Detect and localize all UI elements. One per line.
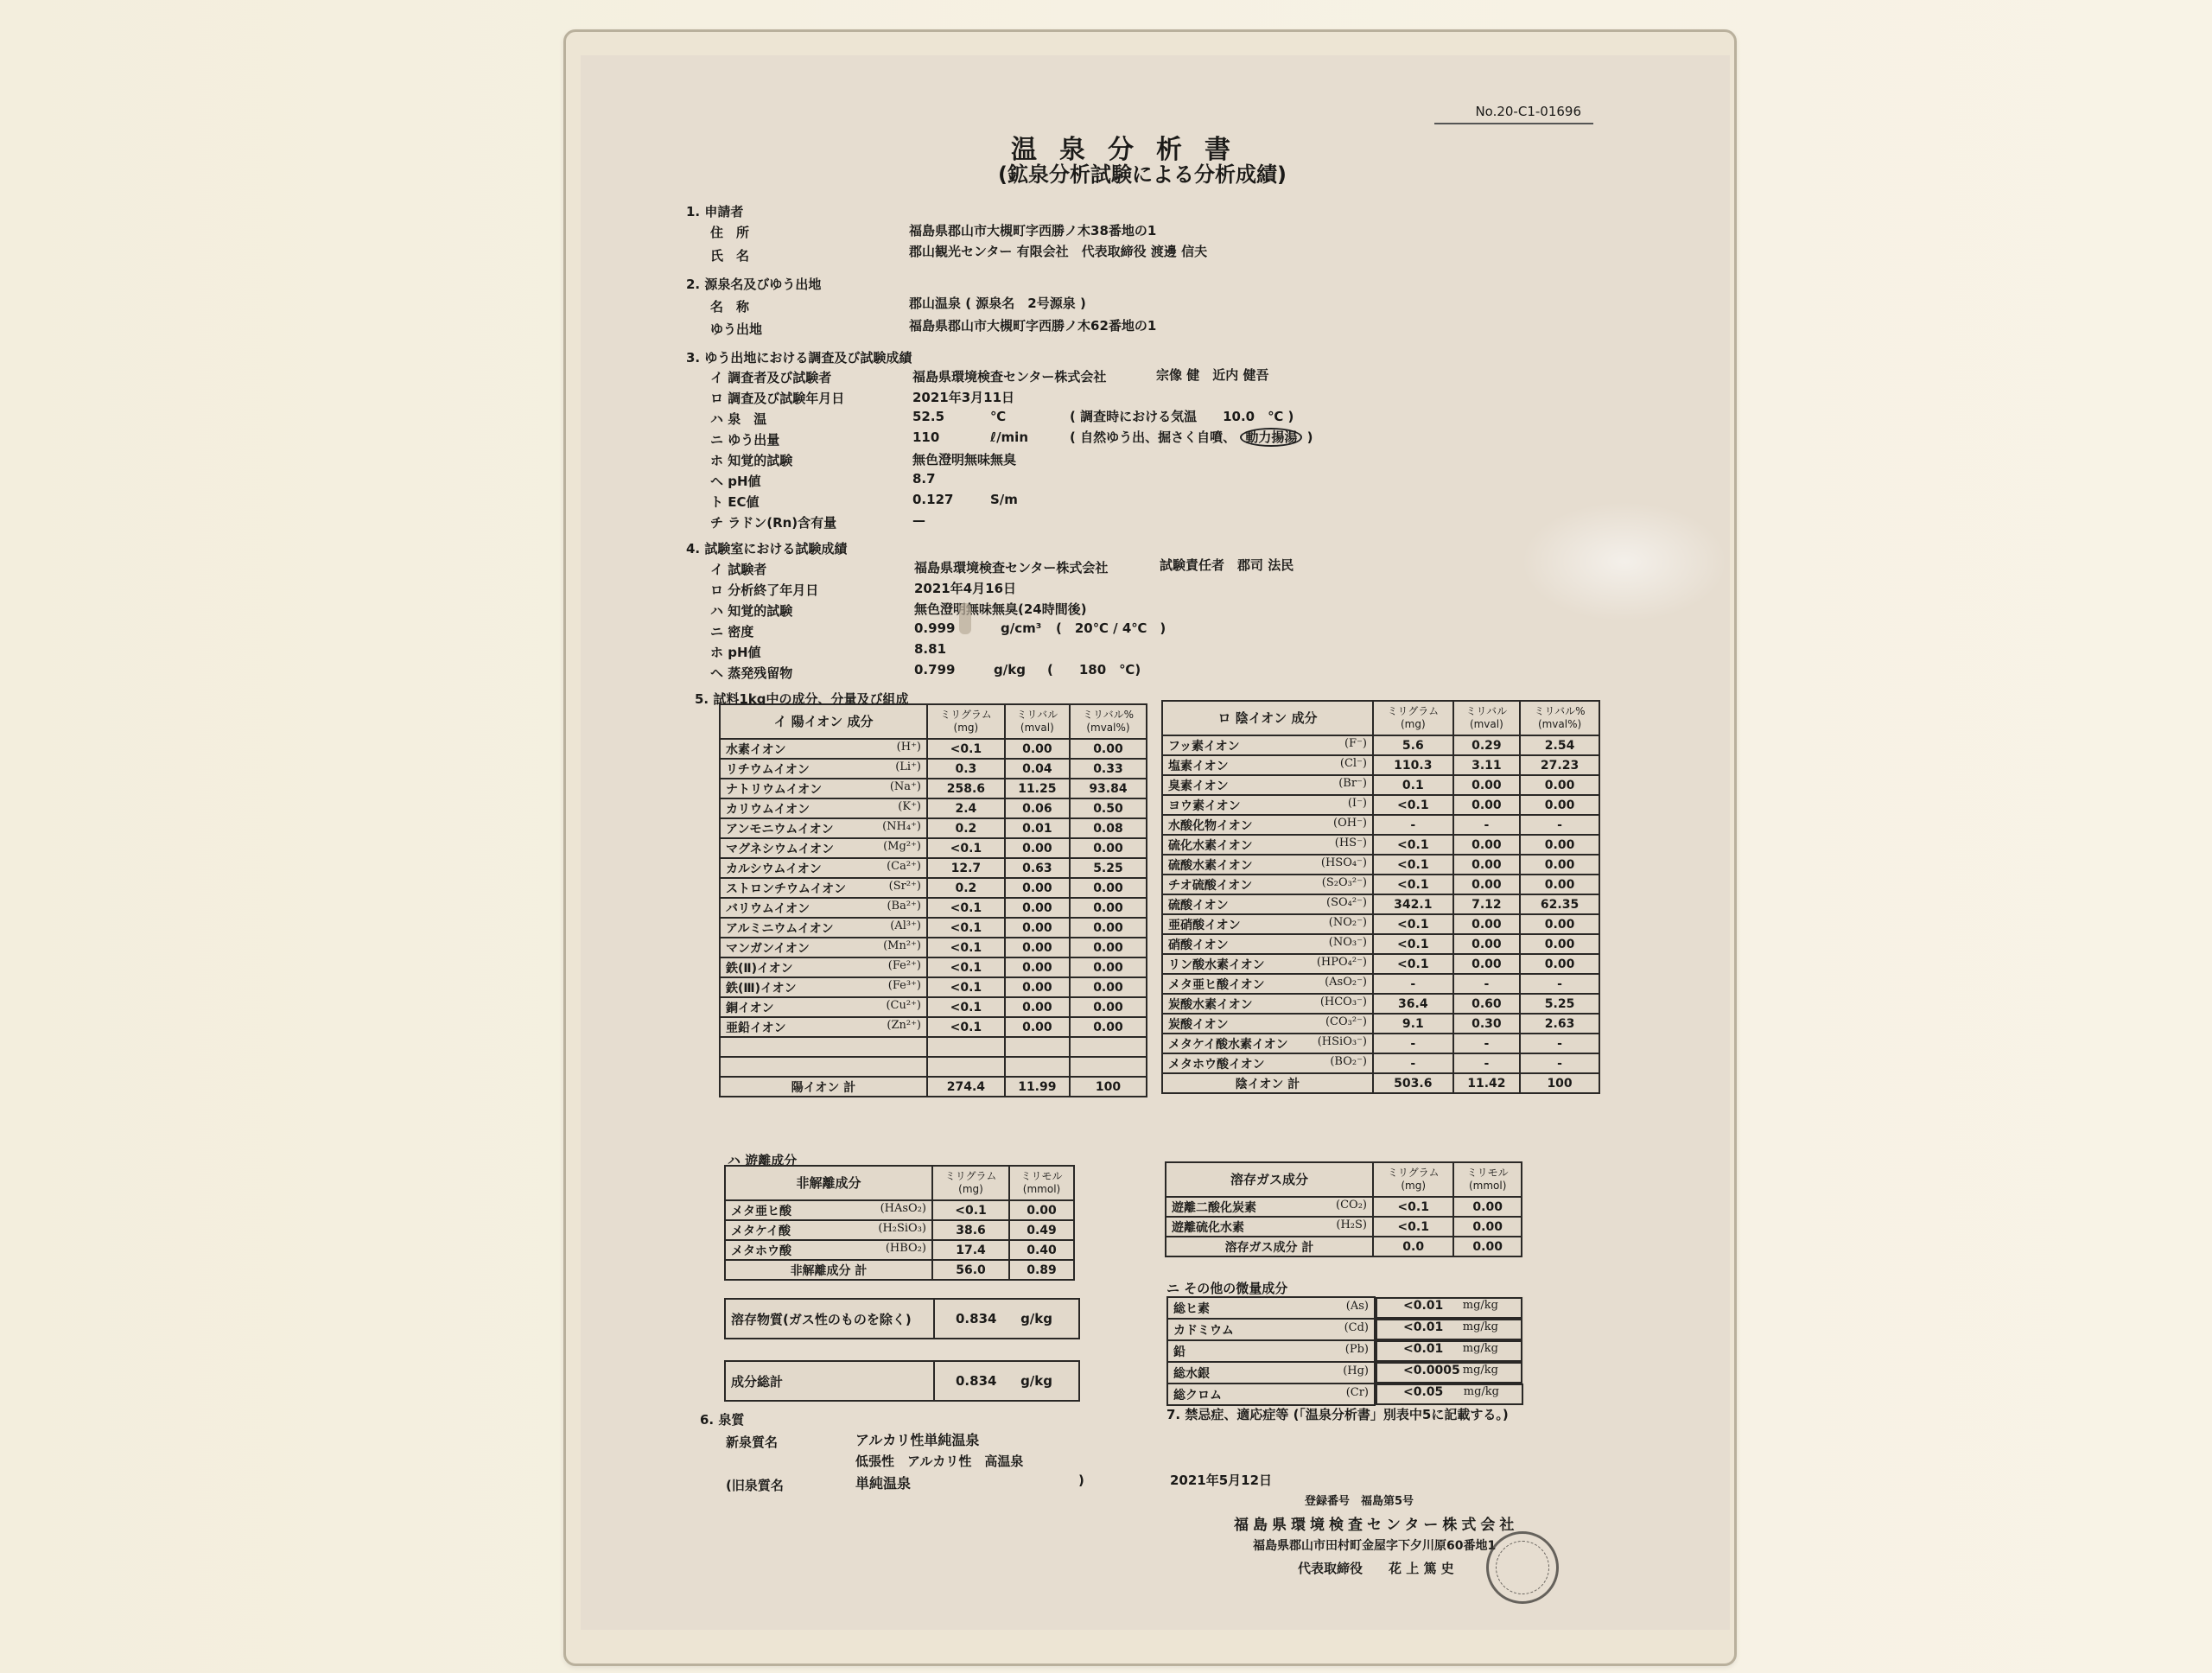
table-row: 亜鉛イオン(Zn²⁺)<0.10.000.00 xyxy=(720,1017,1147,1037)
total-row: 陽イオン 計274.411.99100 xyxy=(720,1077,1147,1097)
new-quality-label: 新泉質名 xyxy=(726,1433,778,1451)
field-item-label: チ ラドン(Rn)含有量 xyxy=(710,513,836,531)
mg-value: 36.4 xyxy=(1373,994,1453,1014)
component-name: ストロンチウムイオン xyxy=(726,880,846,897)
mg-value: 258.6 xyxy=(927,779,1005,798)
chemical-formula: (CO₃²⁻) xyxy=(1325,1015,1367,1033)
table-row: 臭素イオン(Br⁻)0.10.000.00 xyxy=(1162,775,1599,795)
component-name: 遊離硫化水素 xyxy=(1172,1218,1244,1236)
mval-value: 11.25 xyxy=(1005,779,1070,798)
mval-value: 0.00 xyxy=(1005,918,1070,938)
chemical-formula: (AsO₂⁻) xyxy=(1325,976,1367,993)
table-row: メタケイ酸(H₂SiO₃)38.60.49 xyxy=(725,1220,1074,1240)
mg-value: 0.2 xyxy=(927,818,1005,838)
mval-value: 0.00 xyxy=(1453,914,1521,934)
chemical-formula: (Cd) xyxy=(1344,1321,1369,1339)
mg-value: <0.1 xyxy=(1373,934,1453,954)
trace-unit: mg/kg xyxy=(1463,1299,1498,1317)
component-name: 銅イオン xyxy=(726,999,774,1016)
table-row: アルミニウムイオン(Al³⁺)<0.10.000.00 xyxy=(720,918,1147,938)
total-mg: 0.0 xyxy=(1373,1237,1453,1256)
component-name: メタ亜ヒ酸イオン xyxy=(1168,976,1265,993)
mg-value: - xyxy=(1373,815,1453,835)
mg-value: 0.2 xyxy=(927,878,1005,898)
chemical-formula: (S₂O₃²⁻) xyxy=(1322,876,1367,894)
component-name-wrap: 硫酸イオン(SO₄²⁻) xyxy=(1168,896,1367,913)
total-row: 陰イオン 計503.611.42100 xyxy=(1162,1073,1599,1093)
source-location-label: ゆう出地 xyxy=(710,320,762,338)
mg-value: <0.1 xyxy=(927,918,1005,938)
mval-value: 0.01 xyxy=(1005,818,1070,838)
table-row xyxy=(720,1037,1147,1057)
section-applicant-heading: 1. 申請者 xyxy=(686,202,743,220)
component-name-cell: メタケイ酸水素イオン(HSiO₃⁻) xyxy=(1162,1034,1373,1053)
table-row: メタ亜ヒ酸イオン(AsO₂⁻)--- xyxy=(1162,974,1599,994)
document-subtitle: (鉱泉分析試験による分析成績) xyxy=(998,157,1287,188)
trace-value-cell: <0.01mg/kg xyxy=(1376,1319,1522,1340)
component-name: リチウムイオン xyxy=(726,760,810,778)
component-name-cell: 総水銀(Hg) xyxy=(1167,1362,1375,1384)
total-row: 非解離成分 計56.00.89 xyxy=(725,1260,1074,1280)
total-mg: 56.0 xyxy=(932,1260,1009,1280)
component-name: 亜硝酸イオン xyxy=(1168,916,1241,933)
table-row: 亜硝酸イオン(NO₂⁻)<0.10.000.00 xyxy=(1162,914,1599,934)
mval-percent-value: 93.84 xyxy=(1070,779,1147,798)
component-name-cell: リチウムイオン(Li⁺) xyxy=(720,759,927,779)
component-name-cell: ナトリウムイオン(Na⁺) xyxy=(720,779,927,798)
section-lab-heading: 4. 試験室における試験成績 xyxy=(686,539,847,557)
old-quality-name: 単純温泉 xyxy=(855,1473,911,1492)
component-name-cell: チオ硫酸イオン(S₂O₃²⁻) xyxy=(1162,875,1373,894)
component-name: メタ亜ヒ酸 xyxy=(731,1202,791,1219)
component-name-wrap: メタホウ酸(HBO₂) xyxy=(731,1242,926,1259)
total-mval: 11.42 xyxy=(1453,1073,1521,1093)
table-row: 銅イオン(Cu²⁺)<0.10.000.00 xyxy=(720,997,1147,1017)
table-row: アンモニウムイオン(NH₄⁺)0.20.010.08 xyxy=(720,818,1147,838)
cation-table: イ 陽イオン 成分 ミリグラム (mg) ミリバル (mval) ミリバル% (… xyxy=(719,703,1147,1097)
trace-value: <0.01 xyxy=(1403,1342,1443,1360)
component-name-wrap: メタケイ酸水素イオン(HSiO₃⁻) xyxy=(1168,1035,1367,1053)
component-name: メタホウ酸イオン xyxy=(1168,1055,1265,1072)
mval-value: 0.00 xyxy=(1005,977,1070,997)
mval-value: 0.00 xyxy=(1005,957,1070,977)
component-name-wrap: 鉄(Ⅱ)イオン(Fe²⁺) xyxy=(726,959,921,976)
table-row: マグネシウムイオン(Mg²⁺)<0.10.000.00 xyxy=(720,838,1147,858)
component-name: 鉛 xyxy=(1173,1343,1185,1360)
field-item-extra: ( 自然ゆう出、掘さく自噴、 動力揚湯 ) xyxy=(1070,428,1313,446)
mval-percent-value: 0.50 xyxy=(1070,798,1147,818)
mval-percent-value: 0.00 xyxy=(1070,957,1147,977)
component-name-wrap: リチウムイオン(Li⁺) xyxy=(726,760,921,778)
mval-value: 0.00 xyxy=(1453,875,1521,894)
field-item-label: ロ 調査及び試験年月日 xyxy=(710,389,844,407)
component-name-cell: メタホウ酸(HBO₂) xyxy=(725,1240,932,1260)
component-name: 臭素イオン xyxy=(1168,777,1229,794)
component-name-wrap: 塩素イオン(Cl⁻) xyxy=(1168,757,1367,774)
chemical-formula: (HPO₄²⁻) xyxy=(1317,956,1367,973)
component-name: マグネシウムイオン xyxy=(726,840,834,857)
lab-item-extra: 試験責任者 郡司 法民 xyxy=(1160,556,1294,574)
company-seal-stamp xyxy=(1486,1531,1559,1604)
component-name-cell: メタケイ酸(H₂SiO₃) xyxy=(725,1220,932,1240)
chemical-formula: (HAsO₂) xyxy=(880,1202,926,1219)
chemical-formula: (Mg²⁺) xyxy=(883,840,921,857)
trace-value: <0.05 xyxy=(1403,1385,1443,1403)
field-item-value: 2021年3月11日 xyxy=(912,388,1014,406)
component-name-cell: 硫化水素イオン(HS⁻) xyxy=(1162,835,1373,855)
component-name-cell xyxy=(720,1057,927,1077)
component-name-wrap: カルシウムイオン(Ca²⁺) xyxy=(726,860,921,877)
component-name-cell: 遊離硫化水素(H₂S) xyxy=(1166,1217,1373,1237)
mg-value: 5.6 xyxy=(1373,735,1453,755)
mg-value: 9.1 xyxy=(1373,1014,1453,1034)
mmol-value: 0.00 xyxy=(1009,1200,1074,1220)
chemical-formula: (Pb) xyxy=(1345,1343,1369,1360)
chemical-formula: (K⁺) xyxy=(898,800,921,817)
component-name: アルミニウムイオン xyxy=(726,919,834,937)
mval-percent-value: - xyxy=(1520,974,1599,994)
mval-value: 0.04 xyxy=(1005,759,1070,779)
chemical-formula: (Hg) xyxy=(1343,1364,1369,1382)
field-item-label: ニ ゆう出量 xyxy=(710,430,779,448)
cation-header-pct: ミリバル% (mval%) xyxy=(1070,704,1147,739)
field-item-unit: S/m xyxy=(990,492,1018,507)
discharge-selected-circled: 動力揚湯 xyxy=(1240,428,1302,447)
spring-quality-heading: 6. 泉質 xyxy=(700,1410,744,1428)
lab-item-unit: g/kg xyxy=(994,662,1026,677)
mval-percent-value: 5.25 xyxy=(1070,858,1147,878)
chemical-formula: (Ba²⁺) xyxy=(887,900,921,917)
lab-item-label: ハ 知覚的試験 xyxy=(710,601,792,620)
component-name: カリウムイオン xyxy=(726,800,810,817)
mval-percent-value xyxy=(1070,1037,1147,1057)
table-row: リチウムイオン(Li⁺)0.30.040.33 xyxy=(720,759,1147,779)
chemical-formula: (Cl⁻) xyxy=(1340,757,1367,774)
component-name-wrap: 銅イオン(Cu²⁺) xyxy=(726,999,921,1016)
mval-value: 0.60 xyxy=(1453,994,1521,1014)
field-item-unit: ℃ xyxy=(990,409,1006,424)
component-name-cell: 鉛(Pb) xyxy=(1167,1340,1375,1362)
chemical-formula: (Zn²⁺) xyxy=(887,1019,921,1036)
mg-value: 12.7 xyxy=(927,858,1005,878)
component-name-wrap: メタ亜ヒ酸(HAsO₂) xyxy=(731,1202,926,1219)
component-name-cell: 炭酸イオン(CO₃²⁻) xyxy=(1162,1014,1373,1034)
component-name-wrap: リン酸水素イオン(HPO₄²⁻) xyxy=(1168,956,1367,973)
table-row: カドミウム(Cd)<0.01mg/kg xyxy=(1167,1319,1523,1340)
mg-value: <0.1 xyxy=(927,739,1005,759)
component-name: アンモニウムイオン xyxy=(726,820,834,837)
component-name: 炭酸水素イオン xyxy=(1168,996,1253,1013)
trace-heading: ニ その他の微量成分 xyxy=(1166,1279,1287,1297)
mval-value xyxy=(1005,1057,1070,1077)
chemical-formula: (NH₄⁺) xyxy=(882,820,921,837)
total-mg: 274.4 xyxy=(927,1077,1005,1097)
field-item-value: 福島県環境検査センター株式会社 xyxy=(912,367,1106,385)
lab-item-label: ホ pH値 xyxy=(710,643,761,661)
component-name-wrap: メタホウ酸イオン(BO₂⁻) xyxy=(1168,1055,1367,1072)
mval-value: 0.30 xyxy=(1453,1014,1521,1034)
field-item-unit: ℓ/min xyxy=(990,429,1028,445)
total-row: 溶存ガス成分 計0.00.00 xyxy=(1166,1237,1522,1256)
new-quality-detail: 低張性 アルカリ性 高温泉 xyxy=(855,1452,1023,1470)
field-item-value: 0.127 xyxy=(912,492,953,507)
chemical-formula: (H⁺) xyxy=(897,741,921,758)
component-name-wrap: 鉄(Ⅲ)イオン(Fe³⁺) xyxy=(726,979,921,996)
component-name-wrap: 硫酸水素イオン(HSO₄⁻) xyxy=(1168,856,1367,874)
mval-percent-value: 0.00 xyxy=(1520,954,1599,974)
mval-percent-value: 0.00 xyxy=(1070,878,1147,898)
component-name-wrap: カリウムイオン(K⁺) xyxy=(726,800,921,817)
component-name: 塩素イオン xyxy=(1168,757,1229,774)
mmol-value: 0.00 xyxy=(1453,1197,1522,1217)
component-name: カドミウム xyxy=(1173,1321,1234,1339)
smudge-mark xyxy=(959,603,971,634)
table-row: メタケイ酸水素イオン(HSiO₃⁻)--- xyxy=(1162,1034,1599,1053)
component-name: 硝酸イオン xyxy=(1168,936,1229,953)
chemical-formula: (HSO₄⁻) xyxy=(1321,856,1367,874)
section-field-survey-heading: 3. ゆう出地における調査及び試験成績 xyxy=(686,348,912,366)
component-name: ヨウ素イオン xyxy=(1168,797,1241,814)
component-name: 鉄(Ⅱ)イオン xyxy=(726,959,793,976)
mval-value: 0.00 xyxy=(1005,898,1070,918)
mval-value: 0.00 xyxy=(1005,878,1070,898)
mval-value xyxy=(1005,1037,1070,1057)
component-name-cell xyxy=(720,1037,927,1057)
trace-value: <0.01 xyxy=(1403,1299,1443,1317)
mg-value: 0.3 xyxy=(927,759,1005,779)
chemical-formula: (HS⁻) xyxy=(1335,836,1367,854)
mval-percent-value: 0.08 xyxy=(1070,818,1147,838)
component-name: 鉄(Ⅲ)イオン xyxy=(726,979,797,996)
mg-value: 38.6 xyxy=(932,1220,1009,1240)
trace-value-cell: <0.01mg/kg xyxy=(1376,1340,1522,1362)
discharge-options: ( 自然ゆう出、掘さく自噴、 xyxy=(1070,429,1236,445)
applicant-name: 郡山観光センター 有限会社 代表取締役 渡邊 信夫 xyxy=(909,242,1207,260)
component-name-cell: マグネシウムイオン(Mg²⁺) xyxy=(720,838,927,858)
component-name-cell: 銅イオン(Cu²⁺) xyxy=(720,997,927,1017)
table-row xyxy=(720,1057,1147,1077)
lab-item-extra: ( 20℃ / 4℃ ) xyxy=(1056,619,1166,637)
trace-value-cell: <0.01mg/kg xyxy=(1376,1297,1522,1319)
mval-value: 0.00 xyxy=(1005,997,1070,1017)
mval-percent-value: 5.25 xyxy=(1520,994,1599,1014)
mval-value: 0.00 xyxy=(1453,795,1521,815)
source-name-label: 名 称 xyxy=(710,297,749,315)
component-name: 炭酸イオン xyxy=(1168,1015,1229,1033)
table-row: 硫酸イオン(SO₄²⁻)342.17.1262.35 xyxy=(1162,894,1599,914)
component-name-cell: カルシウムイオン(Ca²⁺) xyxy=(720,858,927,878)
total-pct: 100 xyxy=(1070,1077,1147,1097)
mval-percent-value: 62.35 xyxy=(1520,894,1599,914)
mval-value: - xyxy=(1453,1034,1521,1053)
table-row: リン酸水素イオン(HPO₄²⁻)<0.10.000.00 xyxy=(1162,954,1599,974)
free-rows: メタ亜ヒ酸(HAsO₂)<0.10.00メタケイ酸(H₂SiO₃)38.60.4… xyxy=(725,1200,1074,1280)
mg-value: <0.1 xyxy=(927,957,1005,977)
table-row: ナトリウムイオン(Na⁺)258.611.2593.84 xyxy=(720,779,1147,798)
lab-item-unit: g/cm³ xyxy=(1001,620,1041,636)
field-item-extra: ( 調査時における気温 10.0 ℃ ) xyxy=(1070,407,1294,425)
mval-value: 0.00 xyxy=(1005,1017,1070,1037)
component-name-cell: 臭素イオン(Br⁻) xyxy=(1162,775,1373,795)
table-row: ストロンチウムイオン(Sr²⁺)0.20.000.00 xyxy=(720,878,1147,898)
component-name-cell: アルミニウムイオン(Al³⁺) xyxy=(720,918,927,938)
dissolved-gas-table: 溶存ガス成分 ミリグラム (mg) ミリモル (mmol) 遊離二酸化炭素(CO… xyxy=(1165,1161,1522,1257)
address-label: 住 所 xyxy=(710,223,749,241)
anion-header-mg: ミリグラム (mg) xyxy=(1373,701,1453,735)
mval-percent-value: 2.54 xyxy=(1520,735,1599,755)
component-name-cell: 遊離二酸化炭素(CO₂) xyxy=(1166,1197,1373,1217)
mg-value: <0.1 xyxy=(927,977,1005,997)
table-row: カルシウムイオン(Ca²⁺)12.70.635.25 xyxy=(720,858,1147,878)
total-mmol: 0.00 xyxy=(1453,1237,1522,1256)
mval-percent-value: 0.00 xyxy=(1520,914,1599,934)
chemical-formula: (Ca²⁺) xyxy=(887,860,921,877)
trace-rows: 総ヒ素(As)<0.01mg/kgカドミウム(Cd)<0.01mg/kg鉛(Pb… xyxy=(1167,1297,1523,1405)
lab-item-value: 福島県環境検査センター株式会社 xyxy=(914,558,1108,576)
mval-value: 0.00 xyxy=(1005,938,1070,957)
mg-value: <0.1 xyxy=(927,997,1005,1017)
component-name: 硫酸イオン xyxy=(1168,896,1229,913)
mval-percent-value: 0.00 xyxy=(1520,835,1599,855)
table-row: 炭酸イオン(CO₃²⁻)9.10.302.63 xyxy=(1162,1014,1599,1034)
mg-value: <0.1 xyxy=(932,1200,1009,1220)
component-name: 総クロム xyxy=(1173,1386,1222,1403)
mval-percent-value: 27.23 xyxy=(1520,755,1599,775)
chemical-formula: (BO₂⁻) xyxy=(1330,1055,1367,1072)
mg-value: <0.1 xyxy=(927,1017,1005,1037)
table-row: 鉄(Ⅲ)イオン(Fe³⁺)<0.10.000.00 xyxy=(720,977,1147,997)
component-name-wrap: 遊離二酸化炭素(CO₂) xyxy=(1172,1199,1367,1216)
table-row: 総ヒ素(As)<0.01mg/kg xyxy=(1167,1297,1523,1319)
total-mval: 11.99 xyxy=(1005,1077,1070,1097)
component-name-wrap: 炭酸水素イオン(HCO₃⁻) xyxy=(1168,996,1367,1013)
mval-value: 7.12 xyxy=(1453,894,1521,914)
component-name-cell: 総ヒ素(As) xyxy=(1167,1297,1375,1319)
field-item-extra: 宗像 健 近内 健吾 xyxy=(1156,366,1268,384)
mval-value: 0.00 xyxy=(1453,934,1521,954)
component-name-wrap: チオ硫酸イオン(S₂O₃²⁻) xyxy=(1168,876,1367,894)
mval-percent-value: 0.00 xyxy=(1070,997,1147,1017)
mval-value: 0.00 xyxy=(1453,835,1521,855)
chemical-formula: (Mn²⁺) xyxy=(883,939,921,957)
issue-date: 2021年5月12日 xyxy=(1170,1471,1272,1489)
mval-percent-value: - xyxy=(1520,1034,1599,1053)
component-name-cell: 総クロム(Cr) xyxy=(1167,1384,1375,1405)
component-name: カルシウムイオン xyxy=(726,860,822,877)
mval-percent-value: 0.00 xyxy=(1520,775,1599,795)
contraindications-heading: 7. 禁忌症、適応症等 (「温泉分析書」別表中5に記載する。) xyxy=(1166,1405,1509,1423)
gas-header-mg: ミリグラム (mg) xyxy=(1373,1162,1453,1197)
chemical-formula: (NO₂⁻) xyxy=(1329,916,1367,933)
field-item-value: — xyxy=(912,512,925,528)
component-name-wrap: 硝酸イオン(NO₃⁻) xyxy=(1168,936,1367,953)
lab-item-label: ニ 密度 xyxy=(710,622,753,640)
trace-unit: mg/kg xyxy=(1463,1320,1498,1339)
mval-percent-value: - xyxy=(1520,1053,1599,1073)
mmol-value: 0.40 xyxy=(1009,1240,1074,1260)
mg-value: 110.3 xyxy=(1373,755,1453,775)
total-mg: 503.6 xyxy=(1373,1073,1453,1093)
trace-unit: mg/kg xyxy=(1464,1385,1499,1403)
free-header-name: 非解離成分 xyxy=(725,1166,932,1200)
table-row: 硝酸イオン(NO₃⁻)<0.10.000.00 xyxy=(1162,934,1599,954)
component-name-cell: メタ亜ヒ酸(HAsO₂) xyxy=(725,1200,932,1220)
mg-value: 0.1 xyxy=(1373,775,1453,795)
field-item-label: ト EC値 xyxy=(710,493,759,511)
component-name-wrap: 炭酸イオン(CO₃²⁻) xyxy=(1168,1015,1367,1033)
applicant-address: 福島県郡山市大槻町字西勝ノ木38番地の1 xyxy=(909,221,1156,239)
lab-item-value: 2021年4月16日 xyxy=(914,579,1016,597)
component-name-wrap: フッ素イオン(F⁻) xyxy=(1168,737,1367,754)
total-label: 陰イオン 計 xyxy=(1162,1073,1373,1093)
chemical-formula: (HCO₃⁻) xyxy=(1320,996,1367,1013)
anion-header-pct: ミリバル% (mval%) xyxy=(1520,701,1599,735)
mval-value: - xyxy=(1453,974,1521,994)
component-name-cell: 硫酸水素イオン(HSO₄⁻) xyxy=(1162,855,1373,875)
field-item-label: イ 調査者及び試験者 xyxy=(710,368,831,386)
table-row: 硫酸水素イオン(HSO₄⁻)<0.10.000.00 xyxy=(1162,855,1599,875)
old-quality-close: ) xyxy=(1078,1473,1084,1488)
mg-value: <0.1 xyxy=(1373,855,1453,875)
component-name-cell: 硝酸イオン(NO₃⁻) xyxy=(1162,934,1373,954)
component-name-cell: 鉄(Ⅲ)イオン(Fe³⁺) xyxy=(720,977,927,997)
component-name-cell: 鉄(Ⅱ)イオン(Fe²⁺) xyxy=(720,957,927,977)
table-row: 硫化水素イオン(HS⁻)<0.10.000.00 xyxy=(1162,835,1599,855)
mval-percent-value: 0.00 xyxy=(1070,1017,1147,1037)
field-item-value: 110 xyxy=(912,429,939,445)
component-name-wrap: 総クロム(Cr) xyxy=(1173,1386,1369,1403)
non-dissociated-table: 非解離成分 ミリグラム (mg) ミリモル (mmol) メタ亜ヒ酸(HAsO₂… xyxy=(724,1165,1075,1281)
component-name: 硫酸水素イオン xyxy=(1168,856,1253,874)
component-name: ナトリウムイオン xyxy=(726,780,822,798)
trace-unit: mg/kg xyxy=(1463,1342,1498,1360)
trace-unit: mg/kg xyxy=(1463,1364,1498,1382)
lab-item-label: イ 試験者 xyxy=(710,560,766,578)
chemical-formula: (OH⁻) xyxy=(1333,817,1367,834)
anion-rows: フッ素イオン(F⁻)5.60.292.54塩素イオン(Cl⁻)110.33.11… xyxy=(1162,735,1599,1093)
mg-value: - xyxy=(1373,1053,1453,1073)
table-row: カリウムイオン(K⁺)2.40.060.50 xyxy=(720,798,1147,818)
table-row: メタ亜ヒ酸(HAsO₂)<0.10.00 xyxy=(725,1200,1074,1220)
lab-item-value: 8.81 xyxy=(914,641,946,657)
component-name-wrap: ストロンチウムイオン(Sr²⁺) xyxy=(726,880,921,897)
mg-value: <0.1 xyxy=(1373,795,1453,815)
field-item-value: 無色澄明無味無臭 xyxy=(912,450,1016,468)
table-row: チオ硫酸イオン(S₂O₃²⁻)<0.10.000.00 xyxy=(1162,875,1599,894)
mg-value: <0.1 xyxy=(1373,914,1453,934)
chemical-formula: (SO₄²⁻) xyxy=(1326,896,1367,913)
component-name-cell: メタホウ酸イオン(BO₂⁻) xyxy=(1162,1053,1373,1073)
chemical-formula: (H₂SiO₃) xyxy=(878,1222,926,1239)
table-row: 総クロム(Cr)<0.05mg/kg xyxy=(1167,1384,1523,1405)
component-name-wrap: 亜鉛イオン(Zn²⁺) xyxy=(726,1019,921,1036)
component-name: 水酸化物イオン xyxy=(1168,817,1253,834)
mmol-value: 0.49 xyxy=(1009,1220,1074,1240)
component-name: 硫化水素イオン xyxy=(1168,836,1253,854)
chemical-formula: (Sr²⁺) xyxy=(889,880,921,897)
mg-value: <0.1 xyxy=(1373,954,1453,974)
table-row: 炭酸水素イオン(HCO₃⁻)36.40.605.25 xyxy=(1162,994,1599,1014)
mval-percent-value: 0.00 xyxy=(1070,898,1147,918)
component-name-cell: 亜鉛イオン(Zn²⁺) xyxy=(720,1017,927,1037)
total-components-unit: g/kg xyxy=(1020,1373,1052,1389)
total-pct: 100 xyxy=(1520,1073,1599,1093)
component-name-wrap: 遊離硫化水素(H₂S) xyxy=(1172,1218,1367,1236)
total-components-box: 成分総計 0.834g/kg xyxy=(724,1360,1080,1402)
component-name-cell: カドミウム(Cd) xyxy=(1167,1319,1375,1340)
mval-percent-value: 0.00 xyxy=(1520,855,1599,875)
component-name: フッ素イオン xyxy=(1168,737,1240,754)
